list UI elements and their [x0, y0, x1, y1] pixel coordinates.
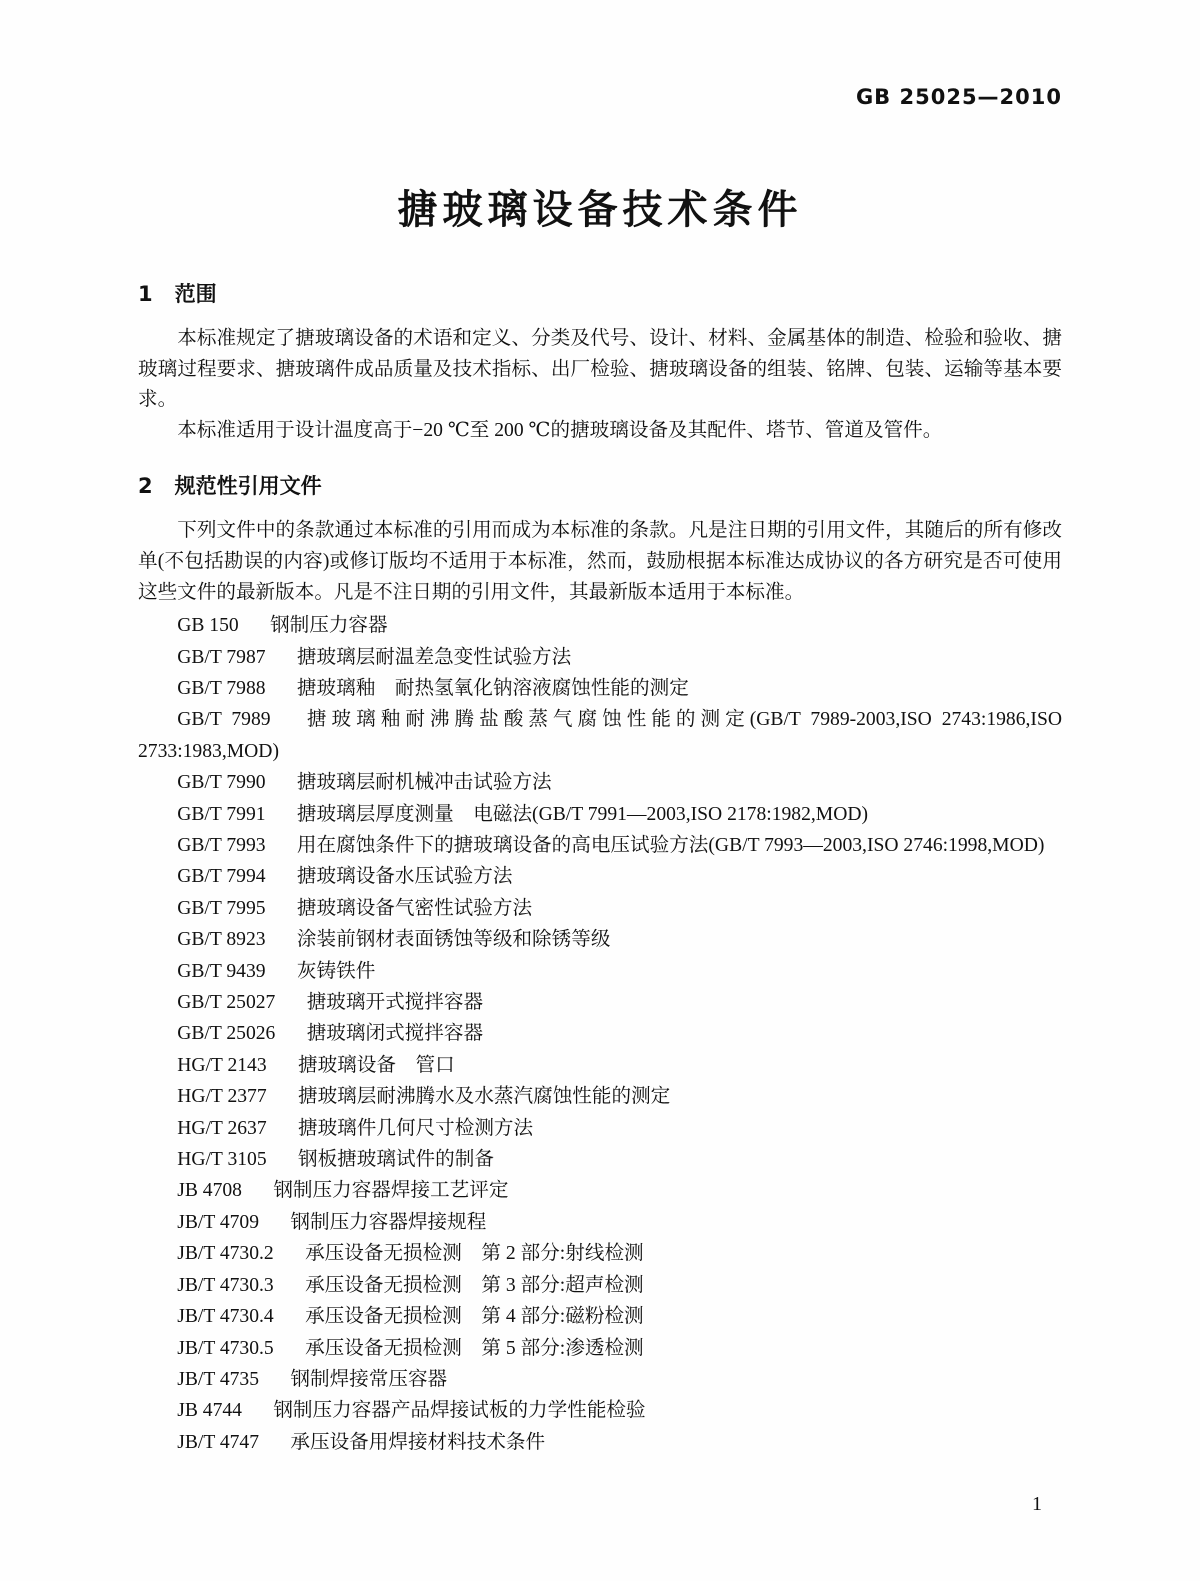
reference-list: GB 150钢制压力容器 GB/T 7987搪玻璃层耐温差急变性试验方法 GB/… — [138, 610, 1062, 1458]
reference-title: 承压设备无损检测 第 4 部分:磁粉检测 — [305, 1306, 644, 1327]
paragraph: 下列文件中的条款通过本标准的引用而成为本标准的条款。凡是注日期的引用文件，其随后… — [138, 516, 1062, 608]
reference-title: 承压设备用焊接材料技术条件 — [290, 1432, 545, 1453]
section-heading: 1范围 — [138, 282, 1062, 306]
reference-item: JB/T 4730.2承压设备无损检测 第 2 部分:射线检测 — [138, 1238, 1062, 1269]
reference-item: GB/T 7990搪玻璃层耐机械冲击试验方法 — [138, 767, 1062, 798]
reference-title: 搪玻璃层耐机械冲击试验方法 — [297, 772, 552, 793]
reference-code: GB/T 7995 — [177, 898, 265, 919]
reference-code: HG/T 2377 — [177, 1086, 266, 1107]
reference-code: GB/T 7993 — [177, 835, 265, 856]
reference-title: 搪玻璃设备 管口 — [298, 1055, 455, 1076]
reference-code: JB 4744 — [177, 1400, 242, 1421]
reference-title: 用在腐蚀条件下的搪玻璃设备的高电压试验方法(GB/T 7993—2003,ISO… — [297, 835, 1044, 856]
reference-item: GB/T 8923涂装前钢材表面锈蚀等级和除锈等级 — [138, 924, 1062, 955]
page-content: GB 25025—2010 搪玻璃设备技术条件 1范围 本标准规定了搪玻璃设备的… — [138, 0, 1062, 1458]
reference-title: 搪玻璃釉 耐热氢氧化钠溶液腐蚀性能的测定 — [297, 678, 689, 699]
reference-item: JB 4744钢制压力容器产品焊接试板的力学性能检验 — [138, 1395, 1062, 1426]
page-number: 1 — [1032, 1492, 1042, 1516]
reference-code: GB/T 7989 — [177, 709, 270, 730]
section-scope: 1范围 本标准规定了搪玻璃设备的术语和定义、分类及代号、设计、材料、金属基体的制… — [138, 282, 1062, 446]
reference-title: 承压设备无损检测 第 5 部分:渗透检测 — [305, 1338, 644, 1359]
reference-item: HG/T 3105钢板搪玻璃试件的制备 — [138, 1144, 1062, 1175]
reference-item: GB/T 7988搪玻璃釉 耐热氢氧化钠溶液腐蚀性能的测定 — [138, 673, 1062, 704]
reference-item: GB/T 7994搪玻璃设备水压试验方法 — [138, 861, 1062, 892]
reference-code: GB 150 — [177, 615, 239, 636]
reference-title: 搪玻璃设备水压试验方法 — [297, 866, 513, 887]
reference-title: 涂装前钢材表面锈蚀等级和除锈等级 — [297, 929, 611, 950]
reference-code: GB/T 7987 — [177, 647, 265, 668]
reference-title: 钢制压力容器焊接工艺评定 — [273, 1180, 508, 1201]
reference-title: 钢制压力容器产品焊接试板的力学性能检验 — [273, 1400, 645, 1421]
reference-code: GB/T 25027 — [177, 992, 275, 1013]
reference-code: GB/T 7991 — [177, 804, 265, 825]
reference-code: JB/T 4730.2 — [177, 1243, 274, 1264]
reference-item: GB/T 25027搪玻璃开式搅拌容器 — [138, 987, 1062, 1018]
reference-title: 钢制焊接常压容器 — [290, 1369, 447, 1390]
reference-item: HG/T 2637搪玻璃件几何尺寸检测方法 — [138, 1113, 1062, 1144]
reference-title: 搪玻璃件几何尺寸检测方法 — [298, 1118, 533, 1139]
reference-title: 搪玻璃层耐温差急变性试验方法 — [297, 647, 571, 668]
reference-code: JB/T 4735 — [177, 1369, 259, 1390]
reference-item: HG/T 2143搪玻璃设备 管口 — [138, 1050, 1062, 1081]
reference-title: 钢制压力容器焊接规程 — [290, 1212, 486, 1233]
reference-item: JB/T 4730.4承压设备无损检测 第 4 部分:磁粉检测 — [138, 1301, 1062, 1332]
reference-code: JB/T 4730.4 — [177, 1306, 274, 1327]
reference-item: JB/T 4730.3承压设备无损检测 第 3 部分:超声检测 — [138, 1270, 1062, 1301]
reference-item: JB/T 4747承压设备用焊接材料技术条件 — [138, 1427, 1062, 1458]
section-normative-references: 2规范性引用文件 下列文件中的条款通过本标准的引用而成为本标准的条款。凡是注日期… — [138, 474, 1062, 1458]
reference-item: JB/T 4709钢制压力容器焊接规程 — [138, 1207, 1062, 1238]
reference-title: 搪玻璃开式搅拌容器 — [307, 992, 483, 1013]
reference-item: GB 150钢制压力容器 — [138, 610, 1062, 641]
reference-code: JB/T 4730.3 — [177, 1275, 274, 1296]
reference-code: GB/T 7988 — [177, 678, 265, 699]
reference-code: HG/T 2637 — [177, 1118, 266, 1139]
reference-item: GB/T 25026搪玻璃闭式搅拌容器 — [138, 1018, 1062, 1049]
reference-code: GB/T 8923 — [177, 929, 265, 950]
section-number: 2 — [138, 474, 153, 498]
reference-item: GB/T 9439灰铸铁件 — [138, 956, 1062, 987]
reference-code: GB/T 7994 — [177, 866, 265, 887]
section-number: 1 — [138, 282, 153, 306]
reference-title: 承压设备无损检测 第 3 部分:超声检测 — [305, 1275, 644, 1296]
paragraph: 本标准适用于设计温度高于−20 ℃至 200 ℃的搪玻璃设备及其配件、塔节、管道… — [138, 416, 1062, 447]
reference-title: 承压设备无损检测 第 2 部分:射线检测 — [305, 1243, 644, 1264]
reference-item: GB/T 7995搪玻璃设备气密性试验方法 — [138, 893, 1062, 924]
section-paragraphs: 本标准规定了搪玻璃设备的术语和定义、分类及代号、设计、材料、金属基体的制造、检验… — [138, 324, 1062, 446]
reference-title: 搪玻璃闭式搅拌容器 — [307, 1023, 483, 1044]
reference-code: JB/T 4730.5 — [177, 1338, 274, 1359]
section-heading: 2规范性引用文件 — [138, 474, 1062, 498]
reference-title: 钢板搪玻璃试件的制备 — [298, 1149, 494, 1170]
section-heading-label: 规范性引用文件 — [175, 474, 322, 498]
reference-title: 搪玻璃釉耐沸腾盐酸蒸气腐蚀性能的测定(GB/T 7989-2003,ISO 27… — [138, 709, 1062, 761]
reference-code: GB/T 7990 — [177, 772, 265, 793]
reference-code: HG/T 3105 — [177, 1149, 266, 1170]
reference-item: GB/T 7991搪玻璃层厚度测量 电磁法(GB/T 7991—2003,ISO… — [138, 799, 1062, 830]
reference-item: HG/T 2377搪玻璃层耐沸腾水及水蒸汽腐蚀性能的测定 — [138, 1081, 1062, 1112]
page-title: 搪玻璃设备技术条件 — [138, 188, 1062, 232]
section-paragraphs: 下列文件中的条款通过本标准的引用而成为本标准的条款。凡是注日期的引用文件，其随后… — [138, 516, 1062, 608]
reference-title: 钢制压力容器 — [270, 615, 388, 636]
reference-item: JB/T 4730.5承压设备无损检测 第 5 部分:渗透检测 — [138, 1333, 1062, 1364]
reference-title: 搪玻璃设备气密性试验方法 — [297, 898, 532, 919]
paragraph: 本标准规定了搪玻璃设备的术语和定义、分类及代号、设计、材料、金属基体的制造、检验… — [138, 324, 1062, 416]
document-page: GB 25025—2010 搪玻璃设备技术条件 1范围 本标准规定了搪玻璃设备的… — [0, 0, 1200, 1581]
reference-code: GB/T 9439 — [177, 961, 265, 982]
reference-title: 灰铸铁件 — [297, 961, 375, 982]
reference-title: 搪玻璃层厚度测量 电磁法(GB/T 7991—2003,ISO 2178:198… — [297, 804, 868, 825]
reference-item: JB 4708钢制压力容器焊接工艺评定 — [138, 1175, 1062, 1206]
reference-code: GB/T 25026 — [177, 1023, 275, 1044]
reference-code: JB/T 4747 — [177, 1432, 259, 1453]
reference-code: HG/T 2143 — [177, 1055, 266, 1076]
doc-number: GB 25025—2010 — [138, 84, 1062, 110]
reference-title: 搪玻璃层耐沸腾水及水蒸汽腐蚀性能的测定 — [298, 1086, 670, 1107]
reference-item: GB/T 7987搪玻璃层耐温差急变性试验方法 — [138, 642, 1062, 673]
reference-item: JB/T 4735钢制焊接常压容器 — [138, 1364, 1062, 1395]
section-heading-label: 范围 — [175, 282, 217, 306]
reference-item: GB/T 7989搪玻璃釉耐沸腾盐酸蒸气腐蚀性能的测定(GB/T 7989-20… — [138, 704, 1062, 767]
reference-code: JB 4708 — [177, 1180, 242, 1201]
reference-code: JB/T 4709 — [177, 1212, 259, 1233]
reference-item: GB/T 7993用在腐蚀条件下的搪玻璃设备的高电压试验方法(GB/T 7993… — [138, 830, 1062, 861]
